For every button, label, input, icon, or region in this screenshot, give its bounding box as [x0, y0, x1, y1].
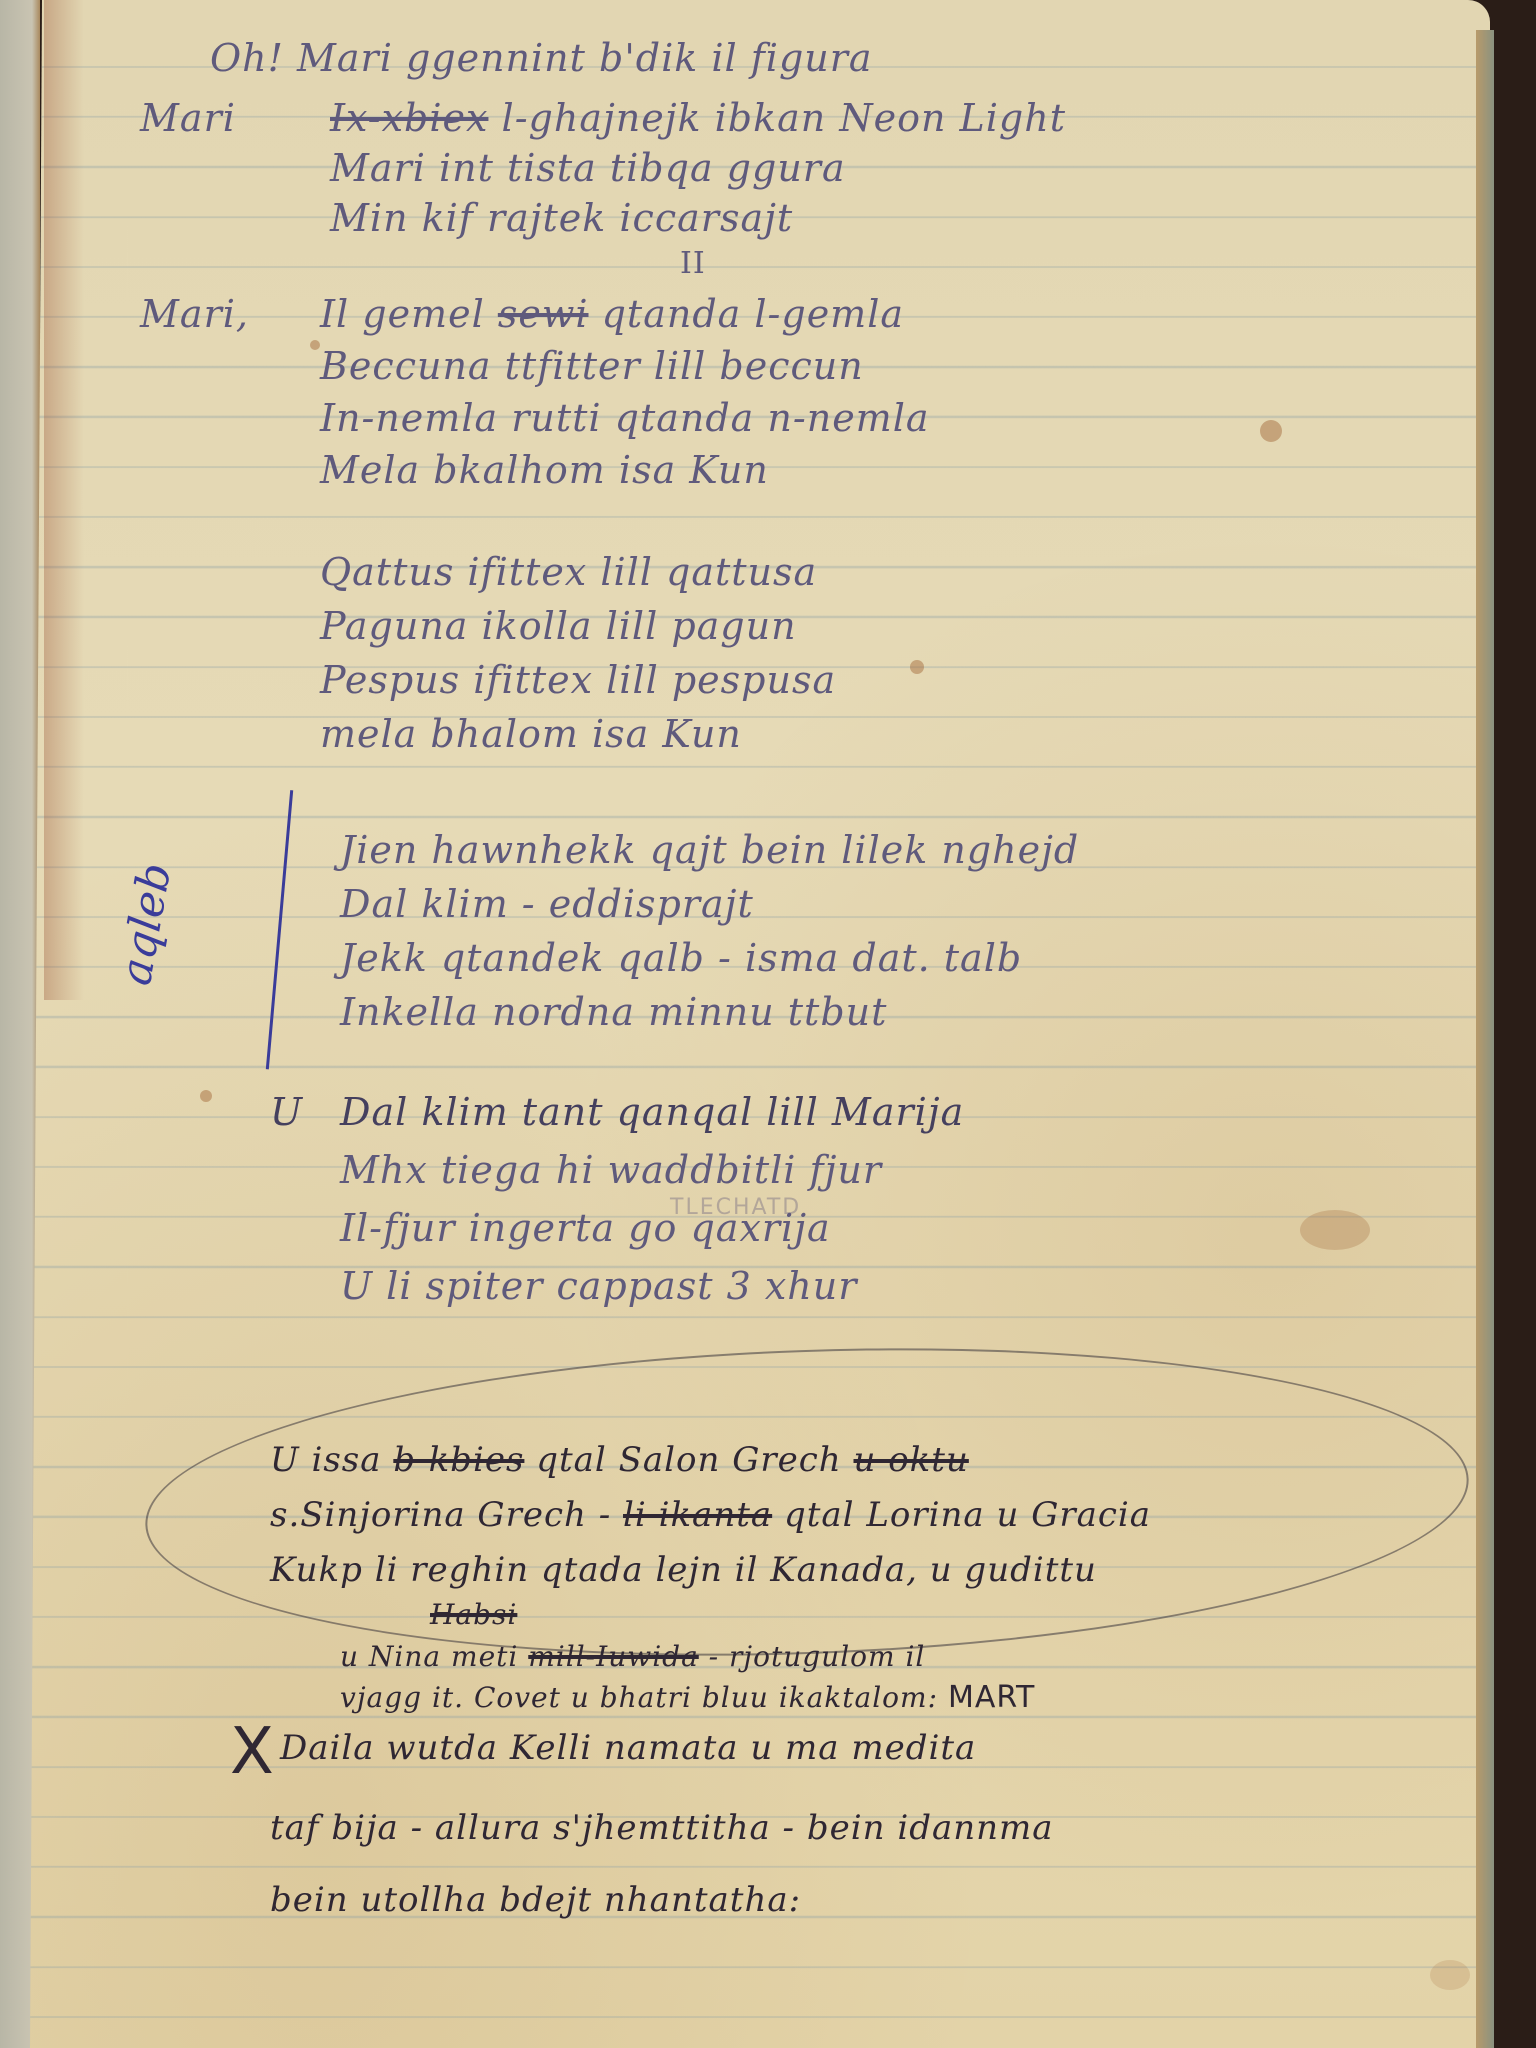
foxing-spot [1260, 420, 1282, 442]
verse-line-prefix: Mari [140, 96, 236, 140]
struck-word: sewi [498, 292, 589, 336]
prose-text: qtal Salon Grech [536, 1440, 841, 1480]
book-page-edge [1476, 30, 1494, 2048]
closing-line: taf bija - allura s'jhemttitha - bein id… [270, 1808, 1054, 1848]
verse-line: Inkella nordna minnu ttbut [340, 990, 887, 1034]
verse-line: Mela bkalhom isa Kun [320, 448, 769, 492]
prose-text: - rjotugulom il [709, 1640, 926, 1673]
struck-word: Ix-xbiex [330, 96, 488, 140]
stamp-word: MART [948, 1680, 1035, 1715]
verse-line: Mhx tiega hi waddbitli fjur [340, 1148, 882, 1192]
margin-note-aqleb: aqleb [110, 859, 182, 989]
prose-text: U issa [270, 1440, 382, 1480]
prose-line: vjagg it. Covet u bhatri bluu ikaktalom:… [340, 1680, 1035, 1715]
prose-line: s.Sinjorina Grech - li ikanta qtal Lorin… [270, 1495, 1151, 1535]
closing-line: Daila wutda Kelli namata u ma medita [280, 1728, 976, 1768]
verse-line: Qattus ifittex lill qattusa [320, 550, 817, 594]
verse-line: Il-fjur ingerta go qaxrija [340, 1206, 831, 1250]
verse-line: Jekk qtandek qalb - isma dat. talb [340, 936, 1022, 980]
verse-line: U li spiter cappast 3 xhur [340, 1264, 857, 1308]
struck-word: b-kbies [393, 1440, 524, 1480]
verse-line: Jien hawnhekk qajt bein lilek nghejd [340, 828, 1079, 872]
prose-line: u Nina meti mill-Iuwida - rjotugulom il [340, 1640, 925, 1673]
section-marker: II [680, 246, 706, 281]
verse-line: Ix-xbiex l-ghajnejk ibkan Neon Light [330, 96, 1066, 140]
verse-text: l-ghajnejk ibkan Neon Light [502, 96, 1066, 140]
verse-line: Il gemel sewi qtanda l-gemla [320, 292, 904, 336]
prose-line: U issa b-kbies qtal Salon Grech u oktu [270, 1440, 969, 1480]
verse-line: Paguna ikolla lill pagun [320, 604, 797, 648]
prose-line: Kukp li reghin qtada lejn il Kanada, u g… [270, 1550, 1097, 1590]
verse-line: mela bhalom isa Kun [320, 712, 742, 756]
speaker-label: Mari, [140, 292, 249, 336]
prose-text: qtal Lorina u Gracia [784, 1495, 1151, 1535]
prose-text: vjagg it. Covet u bhatri bluu ikaktalom: [340, 1681, 938, 1714]
verse-line: Pespus ifittex lill pespusa [320, 658, 836, 702]
verse-line: Mari int tista tibqa ggura [330, 146, 846, 190]
verse-line: Dal klim - eddisprajt [340, 882, 754, 926]
foxing-spot [1300, 1210, 1370, 1250]
prose-text: u Nina meti [340, 1640, 518, 1673]
foxing-spot [1430, 1960, 1470, 1990]
margin-bracket [266, 790, 299, 1070]
verse-line: Dal klim tant qanqal lill Marija [340, 1090, 964, 1134]
verse-text: Il gemel [320, 292, 485, 336]
verse-line: Oh! Mari ggennint b'dik il figura [210, 36, 873, 80]
prose-text: s.Sinjorina Grech - [270, 1495, 611, 1535]
verse-line: Min kif rajtek iccarsajt [330, 196, 793, 240]
verse-line: Beccuna ttfitter lill beccun [320, 344, 864, 388]
foxing-spot [910, 660, 924, 674]
foxing-spot [310, 340, 320, 350]
stanza-prefix: U [270, 1090, 303, 1134]
cross-mark-icon: X [230, 1715, 274, 1789]
foxing-stain [44, 0, 84, 1000]
struck-word: mill-Iuwida [528, 1640, 699, 1673]
foxing-spot [200, 1090, 212, 1102]
struck-insertion: Habsi [430, 1598, 517, 1631]
verse-text: qtanda l-gemla [602, 292, 904, 336]
verse-line: In-nemla rutti qtanda n-nemla [320, 396, 930, 440]
struck-word: li ikanta [623, 1495, 772, 1535]
notebook-page: Oh! Mari ggennint b'dik il figura Mari I… [30, 0, 1490, 2048]
struck-word: u oktu [854, 1440, 969, 1480]
closing-line: bein utollha bdejt nhantatha: [270, 1880, 801, 1920]
